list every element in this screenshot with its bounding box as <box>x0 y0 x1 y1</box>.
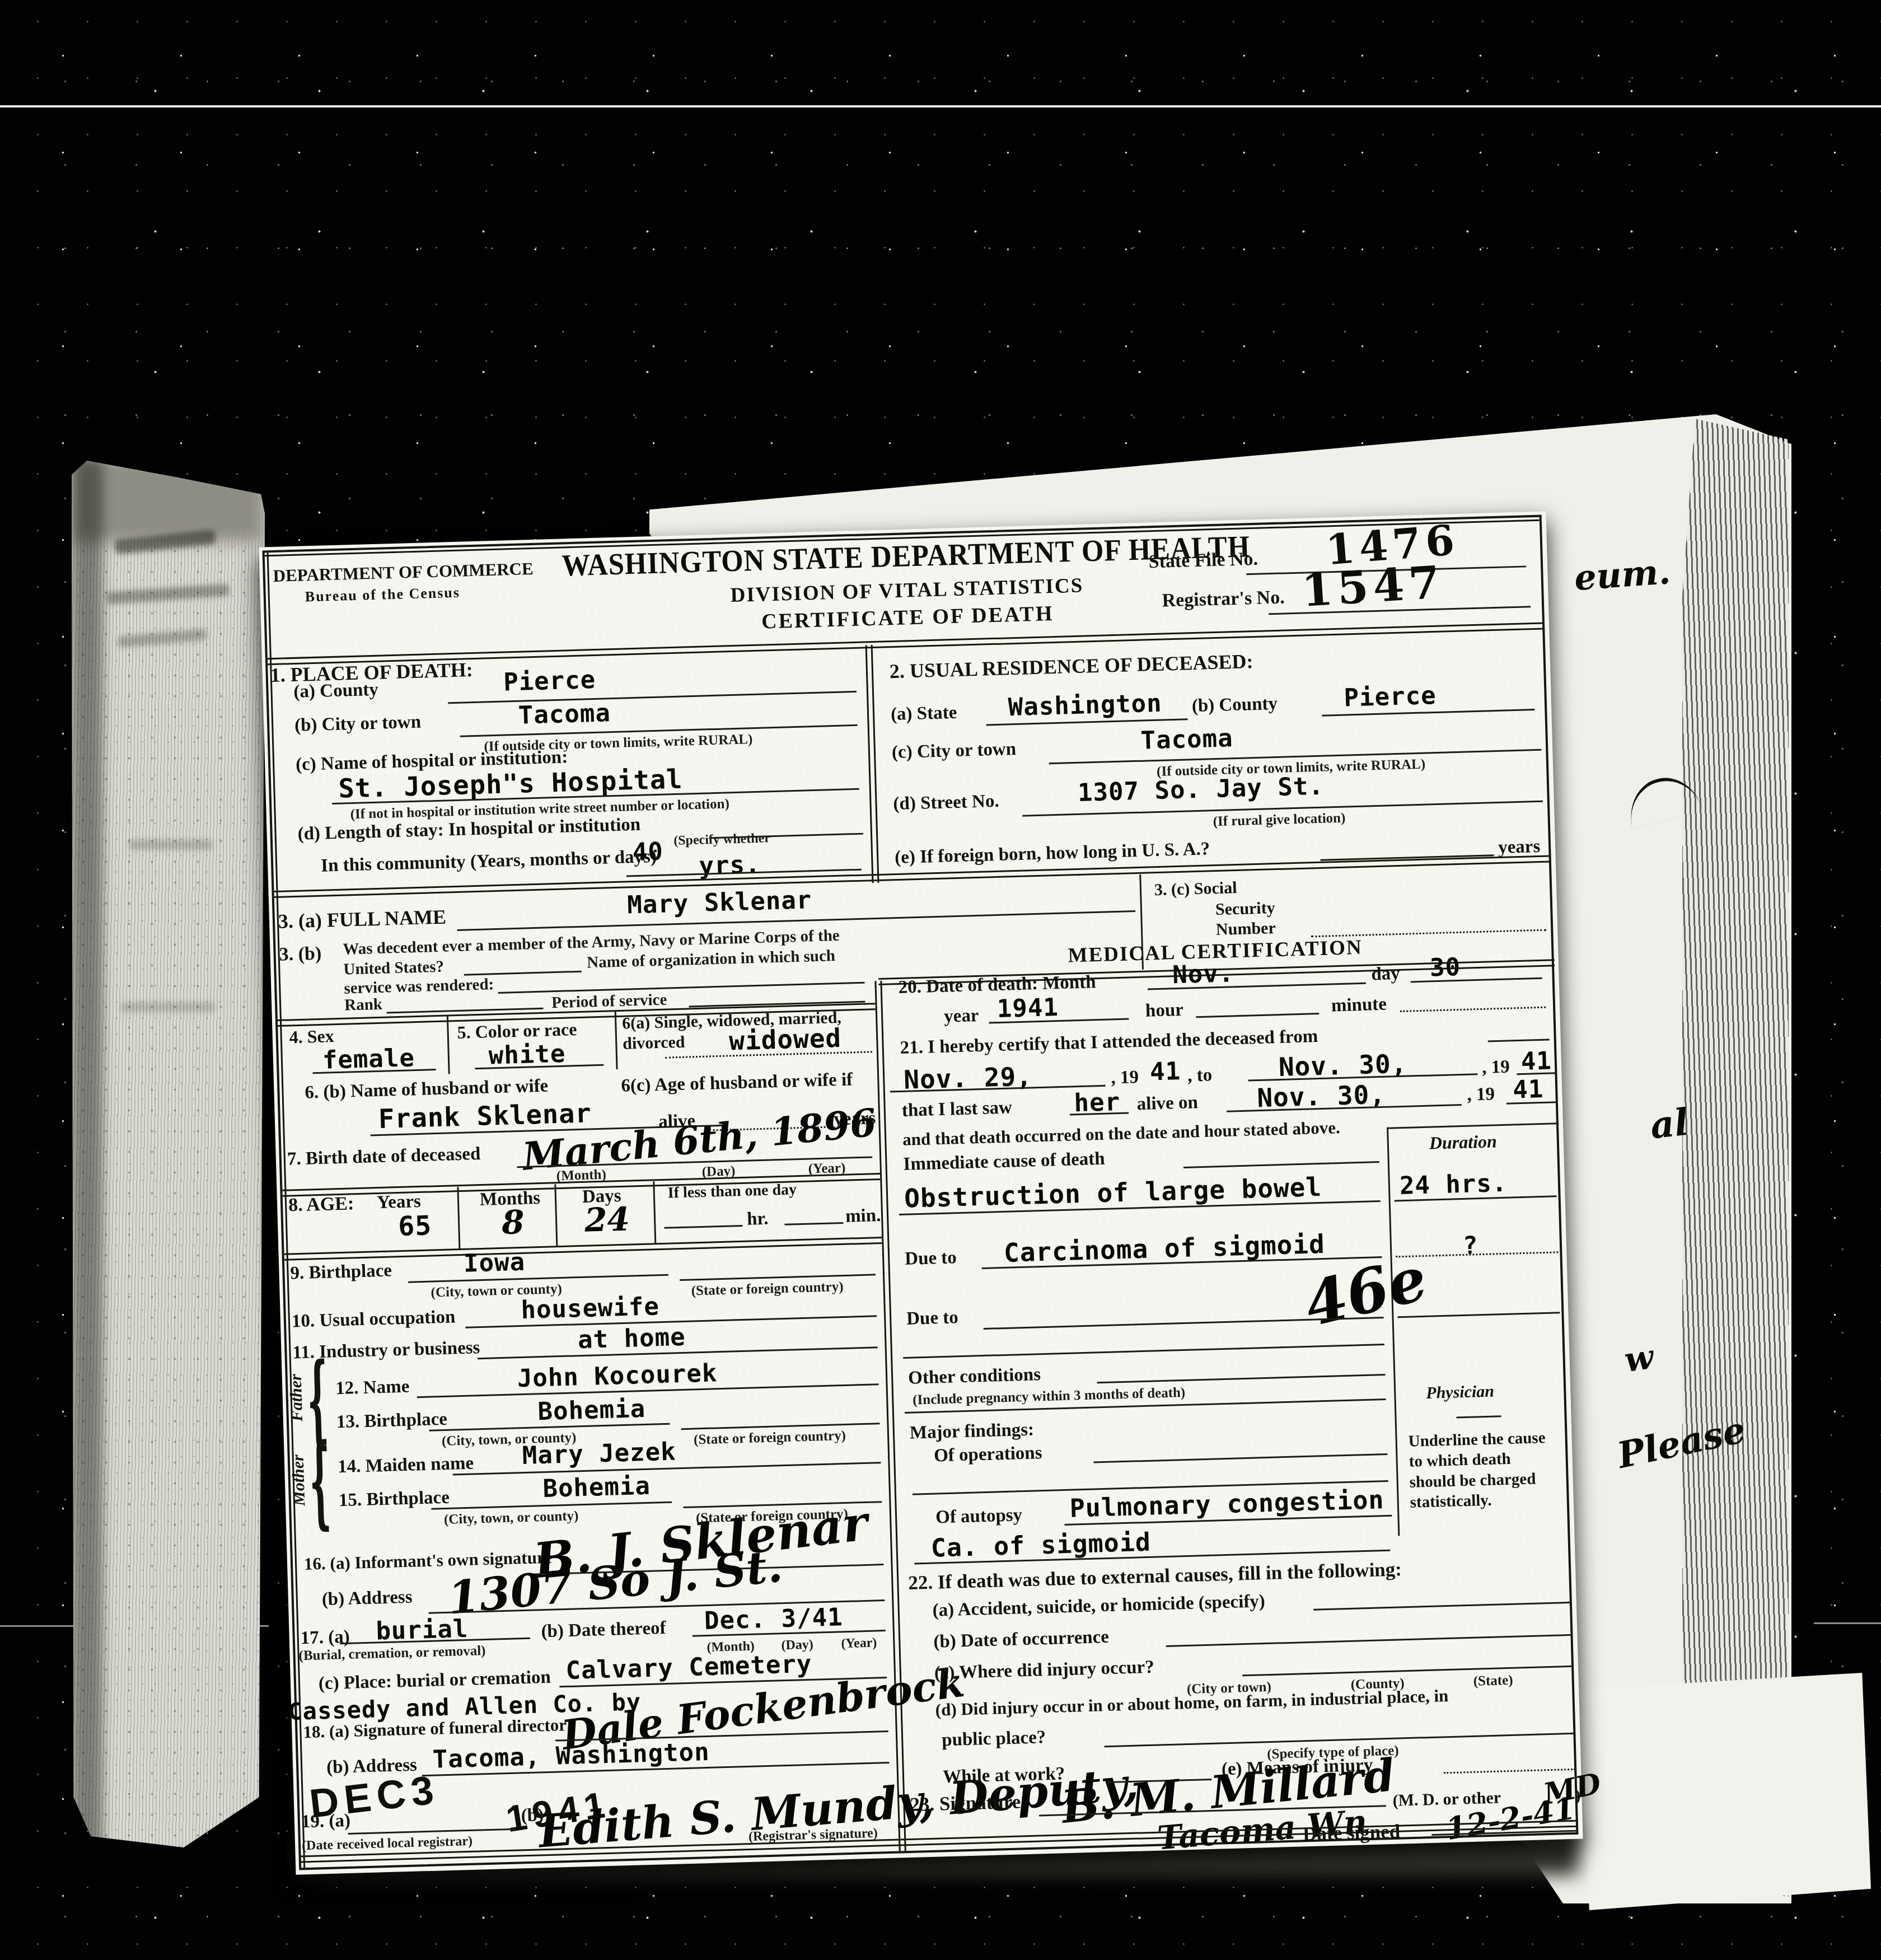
disposition-label: 17. (a) <box>300 1627 350 1649</box>
external-c-label: (c) Where did injury occur? <box>934 1657 1154 1684</box>
external-causes-heading: 22. If death was due to external causes,… <box>908 1558 1402 1594</box>
mother-side-label: Mother <box>289 1454 310 1507</box>
military-q2: United States? <box>343 958 444 979</box>
state-file-label: State File No. <box>1148 549 1258 573</box>
disposition-date-value: Dec. 3/41 <box>704 1603 843 1635</box>
certify-saw2: alive on <box>1136 1092 1198 1115</box>
residence-state-label: (a) State <box>891 703 957 725</box>
age-min-label: min. <box>845 1205 881 1227</box>
scan-artifact <box>120 1002 216 1012</box>
community-note: (Specify whether <box>673 831 770 849</box>
registrar-received-note: (Date received local registrar) <box>302 1834 473 1854</box>
street-note: (If rural give location) <box>1213 811 1345 830</box>
mother-name-value: Mary Jezek <box>522 1437 676 1470</box>
certify-19c: , 19 <box>1467 1084 1495 1105</box>
date-of-death-label: 20. Date of death: Month <box>898 972 1096 998</box>
form-line <box>1387 1122 1557 1129</box>
county-label: (a) County <box>293 680 378 703</box>
age-less-label: If less than one day <box>667 1181 797 1202</box>
date-of-death-month: Nov. <box>1172 959 1234 989</box>
foreign-born-years: years <box>1498 836 1541 858</box>
form-line <box>464 971 582 976</box>
scan-line-right <box>1814 1622 1881 1624</box>
external-d-label-line2: public place? <box>942 1727 1046 1751</box>
date-of-death-year-label: year <box>944 1005 979 1027</box>
community-value-number: 40 <box>632 838 663 867</box>
mother-birthplace-note1: (City, town, or county) <box>444 1508 579 1528</box>
registrar-received-label: 19. (a) <box>301 1811 350 1832</box>
father-side-label: Father <box>287 1374 307 1422</box>
major-findings-label: Major findings: <box>909 1420 1034 1444</box>
death-certificate: DEPARTMENT OF COMMERCE Bureau of the Cen… <box>259 511 1583 1874</box>
certify-19a: , 19 <box>1111 1067 1139 1088</box>
marital-label-line2: divorced <box>623 1033 685 1054</box>
external-b-label: (b) Date of occurrence <box>933 1627 1110 1653</box>
birth-date-label: 7. Birth date of deceased <box>287 1144 480 1170</box>
mother-brace: { <box>308 1421 332 1540</box>
duration-heading: Duration <box>1429 1131 1497 1153</box>
military-rank-label: Rank <box>344 995 383 1015</box>
street-label: (d) Street No. <box>893 791 999 815</box>
registrar-number: 1547 <box>1300 555 1445 617</box>
form-line <box>1444 1769 1575 1774</box>
cell-divider <box>653 1181 656 1244</box>
margin-handwriting: al <box>1648 1100 1691 1148</box>
residence-city-label: (c) City or town <box>892 739 1017 763</box>
department-line2: Bureau of the Census <box>305 584 460 606</box>
age-months-value: 8 <box>501 1203 525 1242</box>
street-value: 1307 So. Jay St. <box>1077 772 1324 807</box>
form-line <box>498 982 865 994</box>
military-q4: service was rendered: <box>344 975 494 998</box>
informant-address-label: (b) Address <box>321 1587 413 1611</box>
father-name-value: John Kocourek <box>517 1359 718 1393</box>
age-label: 8. AGE: <box>288 1193 354 1216</box>
ssn-label-line1: 3. (c) Social <box>1154 878 1237 900</box>
length-of-stay-label: (d) Length of stay: In hospital or insti… <box>297 815 641 845</box>
certify-year2: 41 <box>1520 1046 1552 1076</box>
md-close-paren: ) <box>1575 1786 1581 1805</box>
due-to-1-label: Due to <box>905 1247 957 1270</box>
certify-to-label: , to <box>1187 1065 1213 1086</box>
marital-value: widowed <box>729 1023 842 1056</box>
registrar-label: Registrar's No. <box>1162 587 1285 611</box>
divider <box>284 1237 882 1261</box>
paper-sheet-bottom-right <box>1578 1673 1871 1910</box>
residence-county-label: (b) County <box>1191 694 1278 717</box>
full-name-value: Mary Sklenar <box>627 886 812 919</box>
birthplace-label: 9. Birthplace <box>290 1260 392 1284</box>
duration-value1: 24 hrs. <box>1399 1169 1508 1200</box>
spouse-age-label: 6(c) Age of husband or wife if <box>621 1069 853 1097</box>
margin-handwriting: w <box>1622 1337 1656 1381</box>
cell-divider <box>554 1184 558 1247</box>
age-years-value: 65 <box>398 1210 432 1242</box>
occupation-label: 10. Usual occupation <box>291 1307 455 1332</box>
physician-label: Physician <box>1426 1382 1495 1403</box>
form-line <box>1183 1161 1379 1168</box>
residence-heading: 2. USUAL RESIDENCE OF DECEASED: <box>889 649 1253 683</box>
cell-divider <box>615 1011 618 1069</box>
community-value-unit: yrs. <box>699 850 761 881</box>
county-value: Pierce <box>503 666 596 697</box>
form-line <box>665 1225 743 1229</box>
certify-19b: , 19 <box>1482 1057 1510 1078</box>
form-line <box>784 1222 843 1225</box>
operations-label: Of operations <box>934 1443 1042 1466</box>
disposition-date-label: (b) Date thereof <box>541 1618 666 1642</box>
birthplace-value: Iowa <box>463 1248 525 1278</box>
form-line <box>1488 1039 1550 1042</box>
physician-signature-label: 23. Signature <box>910 1790 1021 1816</box>
page-stack-fore-edge <box>1682 419 1789 1897</box>
department-line1: DEPARTMENT OF COMMERCE <box>273 559 534 586</box>
cell-divider <box>447 1016 450 1074</box>
form-line <box>1242 1666 1573 1676</box>
father-name-label: 12. Name <box>335 1377 410 1400</box>
ssn-label-line2: Security <box>1215 899 1276 919</box>
mother-birthplace-value: Bohemia <box>542 1472 651 1503</box>
residence-city-value: Tacoma <box>1140 724 1233 755</box>
form-line <box>1400 1007 1546 1012</box>
occupation-value: housewife <box>521 1292 660 1325</box>
industry-value: at home <box>577 1323 686 1354</box>
community-label: In this community (Years, months or days… <box>321 846 657 877</box>
military-label: 3. (b) <box>279 943 322 966</box>
father-birthplace-note2: (State or foreign country) <box>694 1428 846 1448</box>
duration-value2: ? <box>1462 1231 1478 1260</box>
date-of-death-year: 1941 <box>996 993 1059 1023</box>
form-line <box>680 1274 876 1281</box>
sex-label: 4. Sex <box>289 1026 334 1047</box>
certify-year1: 41 <box>1149 1057 1181 1087</box>
autopsy-label: Of autopsy <box>935 1505 1023 1528</box>
other-conditions-label: Other conditions <box>908 1364 1041 1389</box>
due-to-2-label: Due to <box>906 1307 959 1330</box>
form-line <box>1166 1634 1572 1647</box>
city-label: (b) City or town <box>294 712 422 736</box>
certify-end: and that death occurred on the date and … <box>902 1117 1340 1150</box>
certify-year3: 41 <box>1513 1075 1544 1105</box>
scan-line-top <box>0 105 1881 107</box>
external-c-note3: (State) <box>1473 1673 1513 1690</box>
date-of-death-hour-label: hour <box>1145 1000 1184 1022</box>
ssn-label-line3: Number <box>1216 919 1276 939</box>
spouse-label: 6. (b) Name of husband or wife <box>305 1076 549 1103</box>
certify-intro: 21. I hereby certify that I attended the… <box>900 1026 1318 1059</box>
immediate-cause-label: Immediate cause of death <box>903 1149 1105 1175</box>
age-days-value: 24 <box>584 1200 630 1239</box>
birthplace-note2: (State or foreign country) <box>691 1279 844 1299</box>
form-line <box>1457 1415 1501 1418</box>
column-divider <box>865 645 879 883</box>
disposition-date-note-year: (Year) <box>841 1636 877 1652</box>
margin-handwriting: eum. <box>1573 551 1672 598</box>
cell-divider <box>457 1187 460 1250</box>
scan-artifact <box>129 840 213 850</box>
form-line <box>348 1828 516 1835</box>
form-line <box>681 1423 880 1430</box>
book-spine-page-edge <box>72 458 265 1853</box>
external-a-label: (a) Accident, suicide, or homicide (spec… <box>932 1591 1265 1621</box>
age-hr-label: hr. <box>747 1209 769 1230</box>
disposition-place-label: (c) Place: burial or cremation <box>319 1667 551 1695</box>
residence-state-value: Washington <box>1008 689 1162 722</box>
certify-saw1: that I last saw <box>901 1097 1012 1121</box>
father-birthplace-value: Bohemia <box>537 1395 646 1426</box>
form-line <box>903 1344 1384 1359</box>
form-line <box>1094 1453 1388 1463</box>
form-line <box>1313 1602 1571 1611</box>
date-of-death-day-label: day <box>1371 963 1400 985</box>
while-at-work-label: While at work? <box>943 1763 1065 1788</box>
sidebar-instruction: Underline the cause to which death shoul… <box>1408 1427 1560 1512</box>
foreign-born-label: (e) If foreign born, how long in U. S. A… <box>895 839 1210 868</box>
full-name-label: 3. (a) FULL NAME <box>278 905 446 933</box>
form-line <box>1196 1013 1319 1018</box>
duration-column-border <box>1387 1128 1400 1536</box>
residence-county-value: Pierce <box>1344 681 1437 713</box>
date-of-death-minute-label: minute <box>1331 994 1387 1017</box>
form-line <box>1097 1374 1386 1383</box>
city-value: Tacoma <box>518 699 611 730</box>
date-of-death-day: 30 <box>1429 953 1461 983</box>
